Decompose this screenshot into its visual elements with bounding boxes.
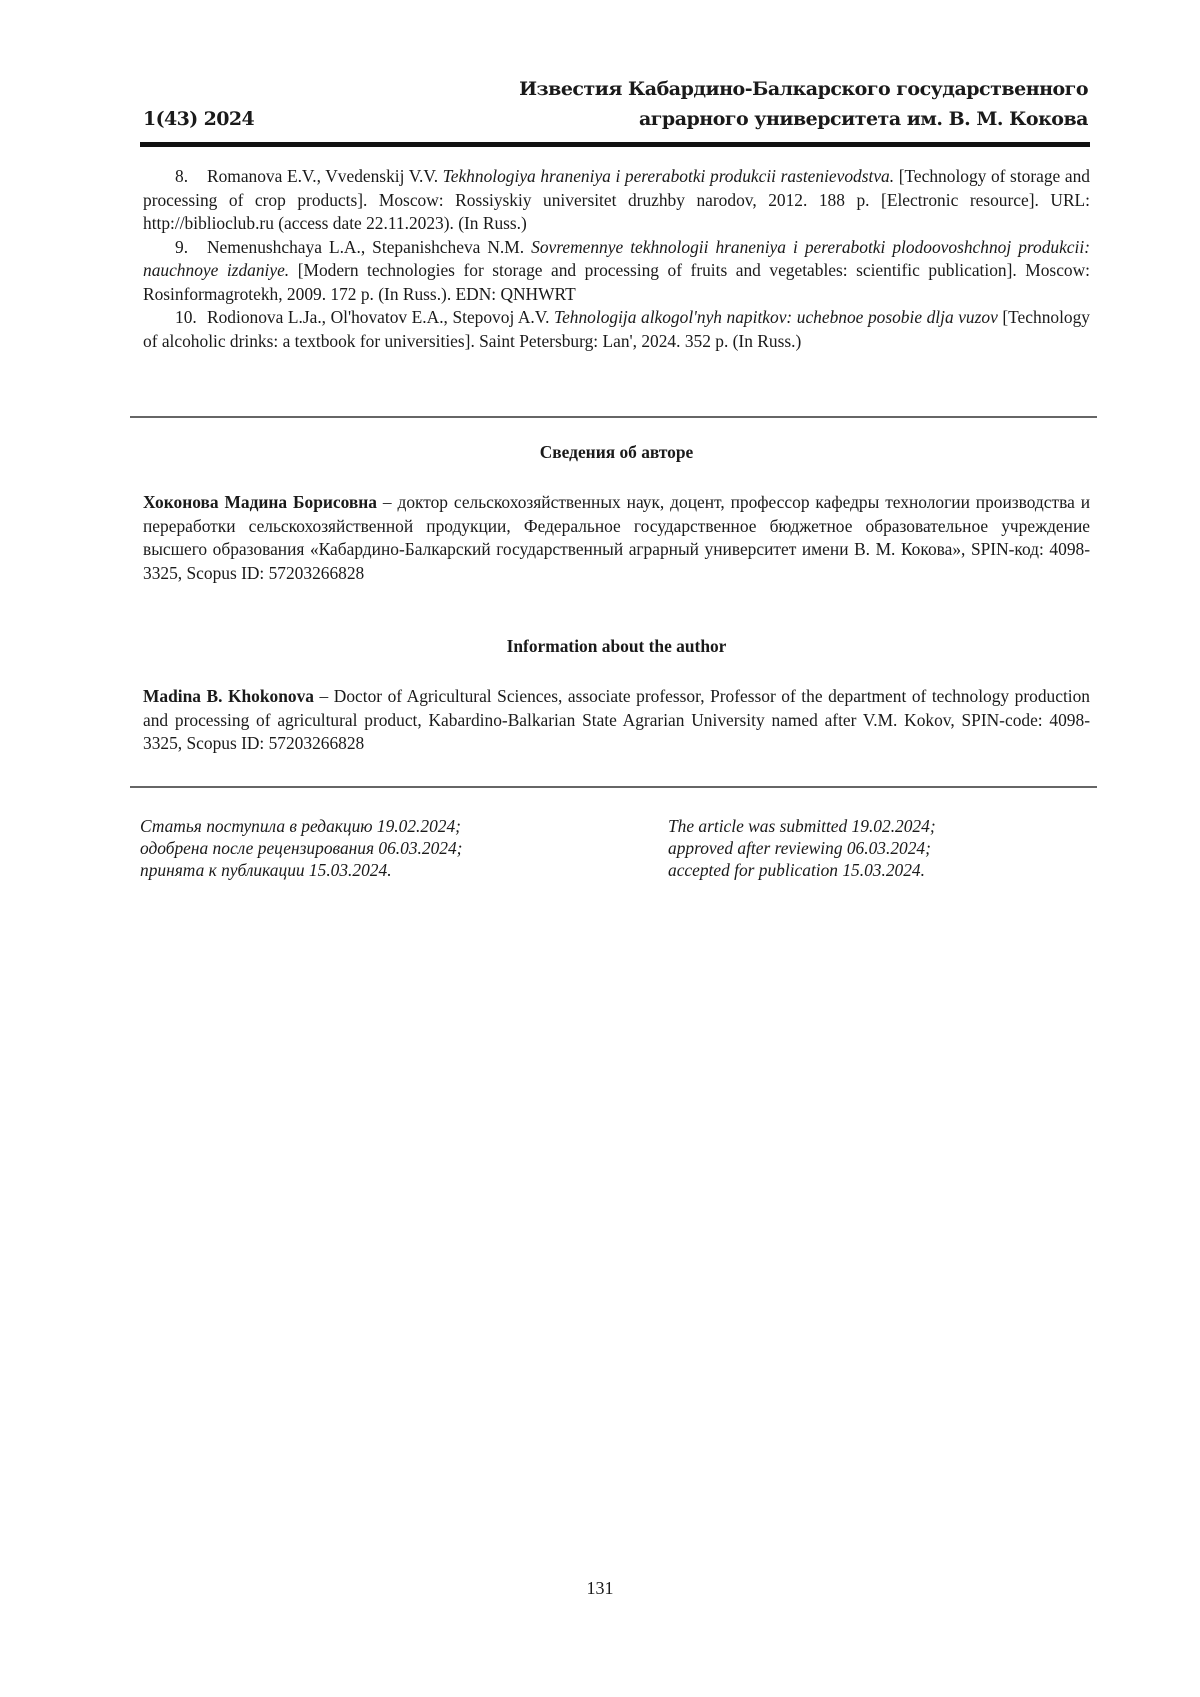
journal-title: Известия Кабардино-Балкарского государст… (519, 74, 1088, 134)
reference-authors: Nemenushchaya L.A., Stepanishcheva N.M. (207, 237, 524, 257)
page-number: 131 (0, 1578, 1200, 1599)
reference-authors: Romanova E.V., Vvedenskij V.V. (207, 166, 438, 186)
date-accepted-en: accepted for publication 15.03.2024. (668, 859, 936, 881)
article-dates-ru: Статья поступила в редакцию 19.02.2024; … (140, 815, 462, 881)
reference-number: 9. (175, 236, 207, 260)
reference-item: 8.Romanova E.V., Vvedenskij V.V. Tekhnol… (143, 165, 1090, 236)
author-name-en: Madina B. Khokonova (143, 686, 314, 706)
date-approved-ru: одобрена после рецензирования 06.03.2024… (140, 837, 462, 859)
author-info-en: Madina B. Khokonova – Doctor of Agricult… (143, 685, 1090, 756)
header-rule (140, 142, 1090, 147)
date-submitted-ru: Статья поступила в редакцию 19.02.2024; (140, 815, 462, 837)
reference-title: Tehnologija alkogol'nyh napitkov: uchebn… (554, 307, 998, 327)
journal-title-line-1: Известия Кабардино-Балкарского государст… (519, 74, 1088, 104)
reference-number: 10. (175, 306, 207, 330)
issue-number: 1(43) 2024 (143, 108, 254, 130)
author-info-heading-en: Information about the author (143, 636, 1090, 657)
reference-item: 10.Rodionova L.Ja., Ol'hovatov E.A., Ste… (143, 306, 1090, 353)
journal-title-line-2: аграрного университета им. В. М. Кокова (519, 104, 1088, 134)
section-divider (130, 786, 1097, 788)
author-info-ru: Хоконова Мадина Борисовна – доктор сельс… (143, 491, 1090, 585)
date-submitted-en: The article was submitted 19.02.2024; (668, 815, 936, 837)
section-divider (130, 416, 1097, 418)
reference-number: 8. (175, 165, 207, 189)
author-name-ru: Хоконова Мадина Борисовна (143, 492, 377, 512)
reference-item: 9.Nemenushchaya L.A., Stepanishcheva N.M… (143, 236, 1090, 307)
date-approved-en: approved after reviewing 06.03.2024; (668, 837, 936, 859)
reference-list: 8.Romanova E.V., Vvedenskij V.V. Tekhnol… (143, 165, 1090, 353)
date-accepted-ru: принята к публикации 15.03.2024. (140, 859, 462, 881)
reference-title: Tekhnologiya hraneniya i pererabotki pro… (443, 166, 894, 186)
author-info-heading-ru: Сведения об авторе (143, 442, 1090, 463)
reference-authors: Rodionova L.Ja., Ol'hovatov E.A., Stepov… (207, 307, 549, 327)
running-header: 1(43) 2024 Известия Кабардино-Балкарског… (143, 70, 1088, 136)
article-dates-en: The article was submitted 19.02.2024; ap… (668, 815, 936, 881)
